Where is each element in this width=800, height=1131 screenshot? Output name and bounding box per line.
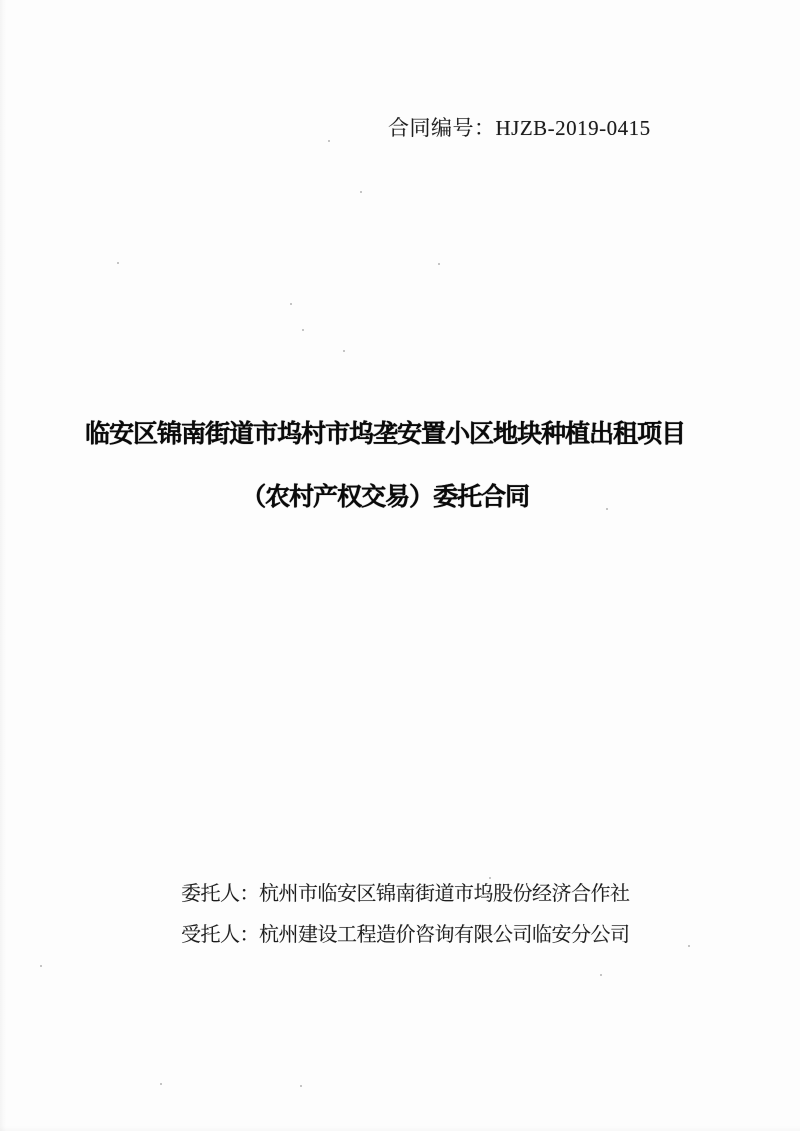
scan-speck [688,945,690,947]
document-title: 临安区锦南街道市坞村市坞垄安置小区地块种植出租项目 （农村产权交易）委托合同 [0,422,770,510]
scan-speck [438,263,440,265]
scan-speck [290,303,292,305]
scan-speck [360,191,362,193]
scan-speck [343,350,345,352]
scan-speck [40,965,42,967]
scan-speck [160,1083,162,1085]
scan-speck [300,1085,302,1087]
scan-speck [489,877,491,879]
contract-number: 合同编号：HJZB-2019-0415 [388,113,651,143]
scan-speck [600,974,602,976]
contract-cover-page: 合同编号：HJZB-2019-0415 临安区锦南街道市坞村市坞垄安置小区地块种… [0,0,800,1131]
party-entrusting-line: 委托人：杭州市临安区锦南街道市坞股份经济合作社 [181,882,630,906]
document-title-line1: 临安区锦南街道市坞村市坞垄安置小区地块种植出租项目 [0,422,770,447]
scan-speck [117,262,119,264]
party-entrusted-line: 受托人：杭州建设工程造价咨询有限公司临安分公司 [181,923,630,947]
document-title-line2: （农村产权交易）委托合同 [0,485,770,510]
scan-speck [302,329,304,331]
scan-speck [328,140,330,142]
